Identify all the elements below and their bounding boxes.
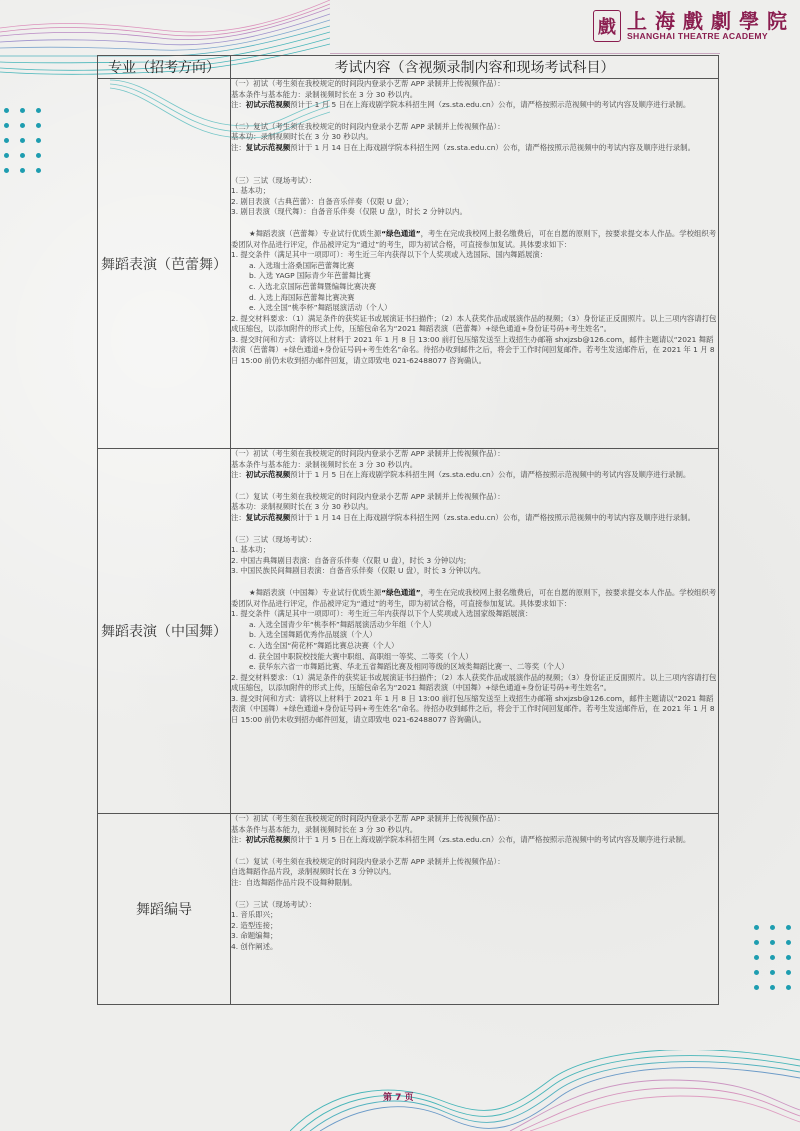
table-row-chinese-dance: 舞蹈表演（中国舞） （一）初试（考生须在我校规定的时间段内登录小艺帮 APP 录… (98, 449, 719, 814)
green-channel-materials: 2. 提交材料要求：（1）满足条件的获奖证书或展演证书扫描件；（2）本人获奖作品… (231, 314, 718, 335)
green-channel-conditions-title: 1. 提交条件（满足其中一项即可）：考生近三年内获得以下个人奖项或入选国家级舞蹈… (231, 609, 718, 620)
green-channel-intro: ★舞蹈表演（芭蕾舞）专业试行优质生源“绿色通道”，考生在完成我校网上报名缴费后，… (231, 229, 718, 250)
dots-decoration-left (4, 108, 42, 173)
round3-title: （三）三试（现场考试）： (231, 900, 718, 911)
round3-item: 3. 命题编舞； (231, 931, 718, 942)
major-label: 舞蹈表演（中国舞） (98, 449, 231, 814)
condition-item: c. 入选全国“荷花杯”舞蹈比赛总决赛（个人） (231, 641, 718, 652)
round3-title: （三）三试（现场考试）： (231, 535, 718, 546)
condition-item: d. 获全国中职院校技能大赛中职组、高职组一等奖、二等奖（个人） (231, 652, 718, 663)
round3-item: 2. 造型连接； (231, 921, 718, 932)
academy-logo: 戲 上海戲劇學院 SHANGHAI THEATRE ACADEMY (593, 10, 795, 42)
exam-content: （一）初试（考生须在我校规定的时间段内登录小艺帮 APP 录制并上传视频作品）：… (231, 79, 719, 449)
round1-title: （一）初试（考生须在我校规定的时间段内登录小艺帮 APP 录制并上传视频作品）： (231, 449, 718, 460)
condition-item: d. 入选上海国际芭蕾舞比赛决赛 (231, 293, 718, 304)
green-channel-submission: 3. 提交时间和方式：请将以上材料于 2021 年 1 月 8 日 13:00 … (231, 694, 718, 726)
round2-requirement: 基本功：录制视频时长在 3 分 30 秒以内。 (231, 502, 718, 513)
wave-decoration-bottom (290, 1050, 800, 1131)
condition-item: a. 入选瑞士洛桑国际芭蕾舞比赛 (231, 261, 718, 272)
logo-mark: 戲 (593, 10, 621, 42)
major-label: 舞蹈编导 (98, 814, 231, 1005)
round3-item: 1. 基本功； (231, 186, 718, 197)
column-header-major: 专业（招考方向） (98, 56, 231, 79)
round2-requirement: 自选舞蹈作品片段，录制视频时长在 3 分钟以内。 (231, 867, 718, 878)
round3-item: 3. 中国民族民间舞剧目表演：自备音乐伴奏（仅限 U 盘），时长 3 分钟以内。 (231, 566, 718, 577)
round3-item: 1. 音乐即兴； (231, 910, 718, 921)
condition-item: c. 入选北京国际芭蕾舞暨编舞比赛决赛 (231, 282, 718, 293)
condition-item: b. 入选 YAGP 国际青少年芭蕾舞比赛 (231, 271, 718, 282)
round2-requirement: 基本功：录制视频时长在 3 分 30 秒以内。 (231, 132, 718, 143)
table-header-row: 专业（招考方向） 考试内容（含视频录制内容和现场考试科目） (98, 56, 719, 79)
round2-note: 注：自选舞蹈作品片段不设舞种限制。 (231, 878, 718, 889)
green-channel-intro: ★舞蹈表演（中国舞）专业试行优质生源“绿色通道”，考生在完成我校网上报名缴费后，… (231, 588, 718, 609)
round3-item: 4. 创作阐述。 (231, 942, 718, 953)
round1-requirement: 基本条件与基本能力：录制视频时长在 3 分 30 秒以内。 (231, 460, 718, 471)
condition-item: e. 入选全国“桃李杯”舞蹈展演活动（个人） (231, 303, 718, 314)
logo-chinese-name: 上海戲劇學院 (627, 11, 795, 31)
green-channel-materials: 2. 提交材料要求：（1）满足条件的获奖证书或展演证书扫描件；（2）本人获奖作品… (231, 673, 718, 694)
round1-title: （一）初试（考生须在我校规定的时间段内登录小艺帮 APP 录制并上传视频作品）： (231, 814, 718, 825)
round1-note: 注：初试示范视频预计于 1 月 5 日在上海戏剧学院本科招生网（zs.sta.e… (231, 470, 718, 481)
table-row-choreography: 舞蹈编导 （一）初试（考生须在我校规定的时间段内登录小艺帮 APP 录制并上传视… (98, 814, 719, 1005)
round3-item: 1. 基本功； (231, 545, 718, 556)
round1-requirement: 基本条件与基本能力：录制视频时长在 3 分 30 秒以内。 (231, 90, 718, 101)
condition-item: e. 获华东六省一市舞蹈比赛、华北五省舞蹈比赛及相同等级的区域类舞蹈比赛一、二等… (231, 662, 718, 673)
major-label: 舞蹈表演（芭蕾舞） (98, 79, 231, 449)
round2-note: 注：复试示范视频预计于 1 月 14 日在上海戏剧学院本科招生网（zs.sta.… (231, 513, 718, 524)
condition-item: a. 入选全国青少年“桃李杯”舞蹈展演活动少年组（个人） (231, 620, 718, 631)
round3-title: （三）三试（现场考试）： (231, 176, 718, 187)
round3-item: 2. 剧目表演（古典芭蕾）：自备音乐伴奏（仅限 U 盘）； (231, 197, 718, 208)
round2-note: 注：复试示范视频预计于 1 月 14 日在上海戏剧学院本科招生网（zs.sta.… (231, 143, 718, 154)
dots-decoration-right (754, 925, 792, 990)
exam-content-table: 专业（招考方向） 考试内容（含视频录制内容和现场考试科目） 舞蹈表演（芭蕾舞） … (97, 55, 719, 1005)
green-channel-submission: 3. 提交时间和方式：请将以上材料于 2021 年 1 月 8 日 13:00 … (231, 335, 718, 367)
round1-note: 注：初试示范视频预计于 1 月 5 日在上海戏剧学院本科招生网（zs.sta.e… (231, 835, 718, 846)
header-rule (330, 53, 720, 54)
exam-content: （一）初试（考生须在我校规定的时间段内登录小艺帮 APP 录制并上传视频作品）：… (231, 449, 719, 814)
column-header-content: 考试内容（含视频录制内容和现场考试科目） (231, 56, 719, 79)
condition-item: b. 入选全国舞蹈优秀作品展演（个人） (231, 630, 718, 641)
round2-title: （二）复试（考生须在我校规定的时间段内登录小艺帮 APP 录制并上传视频作品）： (231, 857, 718, 868)
green-channel-conditions-title: 1. 提交条件（满足其中一项即可）：考生近三年内获得以下个人奖项或入选国际、国内… (231, 250, 718, 261)
round3-item: 3. 剧目表演（现代舞）：自备音乐伴奏（仅限 U 盘），时长 2 分钟以内。 (231, 207, 718, 218)
round1-note: 注：初试示范视频预计于 1 月 5 日在上海戏剧学院本科招生网（zs.sta.e… (231, 100, 718, 111)
round3-item: 2. 中国古典舞剧目表演：自备音乐伴奏（仅限 U 盘），时长 3 分钟以内； (231, 556, 718, 567)
round1-requirement: 基本条件与基本能力，录制视频时长在 3 分 30 秒以内。 (231, 825, 718, 836)
table-row-ballet: 舞蹈表演（芭蕾舞） （一）初试（考生须在我校规定的时间段内登录小艺帮 APP 录… (98, 79, 719, 449)
round2-title: （二）复试（考生须在我校规定的时间段内登录小艺帮 APP 录制并上传视频作品）： (231, 122, 718, 133)
exam-content: （一）初试（考生须在我校规定的时间段内登录小艺帮 APP 录制并上传视频作品）：… (231, 814, 719, 1005)
round1-title: （一）初试（考生须在我校规定的时间段内登录小艺帮 APP 录制并上传视频作品）： (231, 79, 718, 90)
page-number: 第 7 页 (383, 1090, 414, 1103)
round2-title: （二）复试（考生须在我校规定的时间段内登录小艺帮 APP 录制并上传视频作品）： (231, 492, 718, 503)
